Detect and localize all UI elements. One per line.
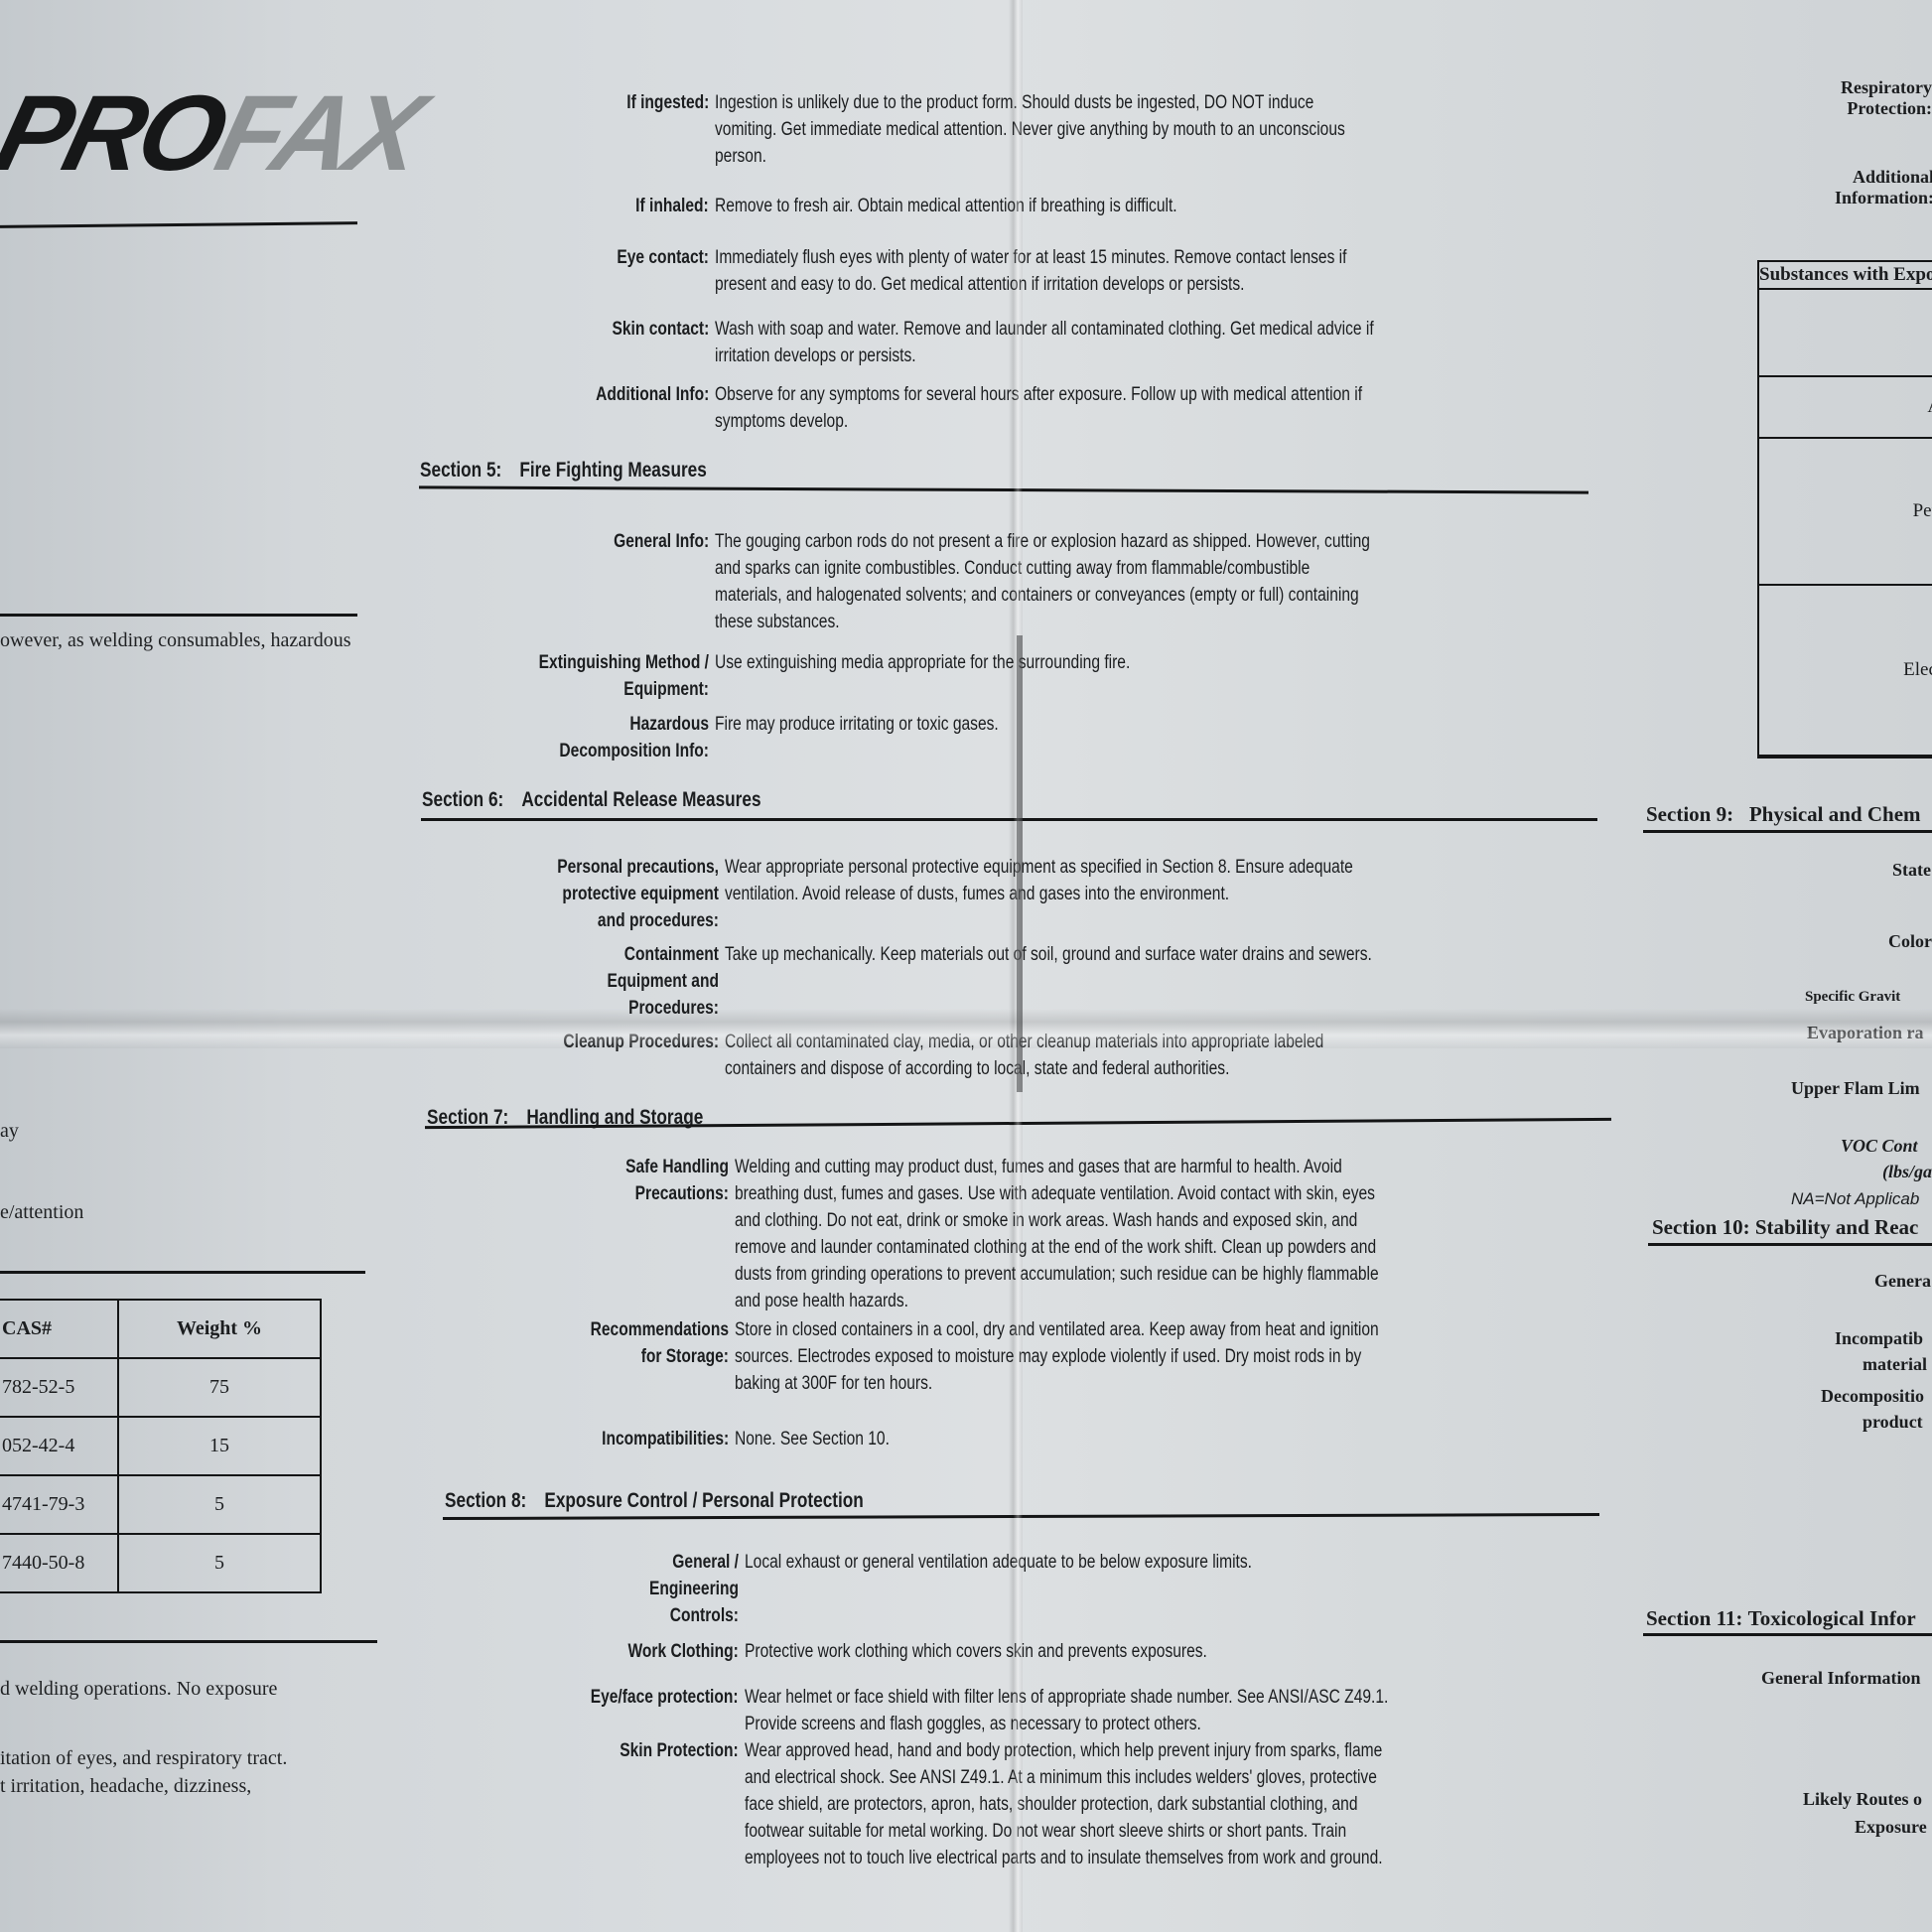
field-label: Personal precautions, protective equipme…	[531, 854, 719, 934]
first-aid-item: Eye contact: Immediately flush eyes with…	[457, 244, 1469, 298]
left-fragment-text: t irritation, headache, dizziness,	[0, 1775, 251, 1798]
section-title: Accidental Release Measures	[521, 788, 760, 811]
field-label: Likely Routes o	[1803, 1789, 1922, 1810]
field-value: Wear appropriate personal protective equ…	[725, 854, 1384, 907]
field-label: State	[1892, 860, 1931, 881]
table-row: Gr	[1759, 290, 1932, 377]
field-label: VOC Cont	[1841, 1136, 1918, 1157]
field-value: The gouging carbon rods do not present a…	[715, 528, 1374, 635]
additional-info-label: Additional Information:	[1835, 167, 1932, 208]
field-label: Incompatib	[1835, 1328, 1923, 1349]
field-label: If inhaled:	[635, 193, 709, 219]
section-item: Personal precautions, protective equipme…	[467, 854, 1479, 907]
section-title: Physical and Chem	[1749, 802, 1921, 826]
cas-number: 4741-79-3	[0, 1475, 118, 1534]
paper-tear	[1017, 635, 1023, 1092]
field-label: Skin Protection:	[621, 1737, 739, 1764]
field-label: Specific Gravit	[1805, 989, 1900, 1006]
exposure-substances-table: Substances with Exposu Gr Asp Petrol Ele…	[1757, 260, 1932, 759]
section-title: Fire Fighting Measures	[519, 459, 706, 482]
field-label: product	[1863, 1412, 1923, 1433]
field-value: Remove to fresh air. Obtain medical atte…	[715, 193, 1374, 219]
first-aid-item: If ingested: Ingestion is unlikely due t…	[457, 89, 1469, 170]
section-item: Containment Equipment and Procedures: Ta…	[467, 941, 1479, 968]
divider	[0, 1271, 365, 1274]
left-fragment-text: owever, as welding consumables, hazardou…	[0, 629, 351, 652]
divider	[0, 614, 357, 617]
cas-number: 7440-50-8	[0, 1534, 118, 1592]
section-item: General / Engineering Controls: Local ex…	[486, 1549, 1499, 1576]
section-heading: Section 8:Exposure Control / Personal Pr…	[445, 1489, 864, 1513]
left-fragment-text: ay	[0, 1120, 19, 1143]
field-value: Fire may produce irritating or toxic gas…	[715, 711, 1374, 738]
table-row: Petrol	[1759, 439, 1932, 586]
section-heading: Section 6:Accidental Release Measures	[422, 788, 761, 812]
section-number: Section 11:	[1646, 1606, 1742, 1630]
field-value: Store in closed containers in a cool, dr…	[735, 1316, 1394, 1397]
field-value: None. See Section 10.	[735, 1426, 1394, 1452]
label-line: Information:	[1835, 188, 1932, 208]
section-number: Section 8:	[445, 1489, 526, 1512]
section-heading: Section 5:Fire Fighting Measures	[420, 459, 707, 483]
section-title: Toxicological Infor	[1748, 1606, 1916, 1630]
field-value: Protective work clothing which covers sk…	[745, 1638, 1404, 1665]
logo-dark-text: PRO	[0, 72, 235, 193]
field-label: Safe Handling Precautions:	[607, 1154, 729, 1207]
section-item: General Info: The gouging carbon rods do…	[457, 528, 1469, 635]
cas-number: 052-42-4	[0, 1417, 118, 1475]
first-aid-item: Additional Info: Observe for any symptom…	[457, 381, 1469, 435]
section-item: Eye/face protection: Wear helmet or face…	[486, 1684, 1499, 1737]
weight-percent: 75	[118, 1358, 321, 1417]
table-row: 7440-50-8 5	[0, 1534, 321, 1592]
logo-light-text: FAX	[206, 72, 432, 193]
field-label: Eye/face protection:	[591, 1684, 739, 1711]
footnote: NA=Not Applicab	[1791, 1189, 1919, 1209]
table-row: 782-52-5 75	[0, 1358, 321, 1417]
composition-table: CAS# Weight % 782-52-5 75 052-42-4 15 47…	[0, 1299, 322, 1593]
field-value: Wear approved head, hand and body protec…	[745, 1737, 1404, 1871]
field-label: (lbs/ga	[1882, 1162, 1932, 1182]
field-label: Upper Flam Lim	[1791, 1078, 1920, 1099]
label-line: Respiratory	[1793, 77, 1932, 98]
cas-number: 782-52-5	[0, 1358, 118, 1417]
section9-heading: Section 9: Physical and Chem	[1646, 802, 1921, 827]
field-value: Ingestion is unlikely due to the product…	[715, 89, 1374, 170]
field-label: General Info:	[614, 528, 709, 555]
profax-logo: PROFAX	[0, 79, 431, 187]
field-label: Work Clothing:	[628, 1638, 739, 1665]
field-label: Decompositio	[1821, 1386, 1924, 1407]
table-row: 052-42-4 15	[0, 1417, 321, 1475]
field-label: Additional Info:	[596, 381, 709, 408]
table-header-cas: CAS#	[0, 1300, 118, 1358]
section-title: Stability and Reac	[1755, 1215, 1919, 1239]
field-label: Recommendations for Storage:	[566, 1316, 729, 1370]
section-number: Section 5:	[420, 459, 501, 482]
field-label: material	[1863, 1354, 1927, 1375]
field-label: General Information	[1761, 1668, 1920, 1689]
field-label: General / Engineering Controls:	[649, 1549, 739, 1629]
weight-percent: 15	[118, 1417, 321, 1475]
paper-fold-horizontal	[0, 1009, 1932, 1048]
field-label: Incompatibilities:	[602, 1426, 729, 1452]
field-label: If ingested:	[626, 89, 709, 116]
field-value: Take up mechanically. Keep materials out…	[725, 941, 1384, 968]
field-label: Skin contact:	[612, 316, 709, 343]
field-value: Wash with soap and water. Remove and lau…	[715, 316, 1374, 369]
section-number: Section 10:	[1652, 1215, 1750, 1239]
field-label: Hazardous Decomposition Info:	[530, 711, 709, 764]
section-number: Section 6:	[422, 788, 503, 811]
section-item: Skin Protection: Wear approved head, han…	[486, 1737, 1499, 1871]
first-aid-item: Skin contact: Wash with soap and water. …	[457, 316, 1469, 369]
left-fragment-text: itation of eyes, and respiratory tract.	[0, 1747, 287, 1770]
weight-percent: 5	[118, 1475, 321, 1534]
weight-percent: 5	[118, 1534, 321, 1592]
field-label: Genera	[1874, 1271, 1931, 1292]
field-label: Eye contact:	[617, 244, 709, 271]
section-divider	[1643, 1633, 1932, 1636]
table-header-weight: Weight %	[118, 1300, 321, 1358]
table-row: 4741-79-3 5	[0, 1475, 321, 1534]
field-label: Extinguishing Method / Equipment:	[530, 649, 709, 703]
label-line: Protection:	[1793, 98, 1932, 119]
section-item: Incompatibilities: None. See Section 10.	[477, 1426, 1489, 1452]
field-value: Immediately flush eyes with plenty of wa…	[715, 244, 1374, 298]
field-value: Wear helmet or face shield with filter l…	[745, 1684, 1404, 1737]
section-divider	[1648, 1243, 1932, 1246]
respiratory-label: Respiratory Protection:	[1793, 77, 1932, 119]
section-item: Safe Handling Precautions: Welding and c…	[477, 1154, 1489, 1314]
left-fragment-text: e/attention	[0, 1201, 83, 1224]
field-label: Color	[1888, 931, 1932, 952]
field-value: Use extinguishing media appropriate for …	[715, 649, 1374, 676]
section-item: Hazardous Decomposition Info: Fire may p…	[457, 711, 1469, 738]
table-header: Substances with Exposu	[1759, 262, 1932, 290]
field-value: Local exhaust or general ventilation ade…	[745, 1549, 1404, 1576]
left-fragment-text: d welding operations. No exposure	[0, 1678, 277, 1701]
divider	[0, 1640, 377, 1643]
section-title: Exposure Control / Personal Protection	[544, 1489, 864, 1512]
field-value: Welding and cutting may product dust, fu…	[735, 1154, 1394, 1314]
field-value: Observe for any symptoms for several hou…	[715, 381, 1374, 435]
first-aid-item: If inhaled: Remove to fresh air. Obtain …	[457, 193, 1469, 219]
section-item: Work Clothing: Protective work clothing …	[486, 1638, 1499, 1665]
section-item: Recommendations for Storage: Store in cl…	[477, 1316, 1489, 1397]
label-line: Additional	[1835, 167, 1932, 188]
section11-heading: Section 11: Toxicological Infor	[1646, 1606, 1916, 1631]
section10-heading: Section 10: Stability and Reac	[1652, 1215, 1918, 1240]
section-number: Section 9:	[1646, 802, 1733, 826]
table-row: Asp	[1759, 377, 1932, 439]
field-label: Exposure	[1855, 1817, 1927, 1838]
section-item: Extinguishing Method / Equipment: Use ex…	[457, 649, 1469, 676]
section-divider	[1643, 830, 1932, 833]
table-row: Electro	[1759, 586, 1932, 757]
